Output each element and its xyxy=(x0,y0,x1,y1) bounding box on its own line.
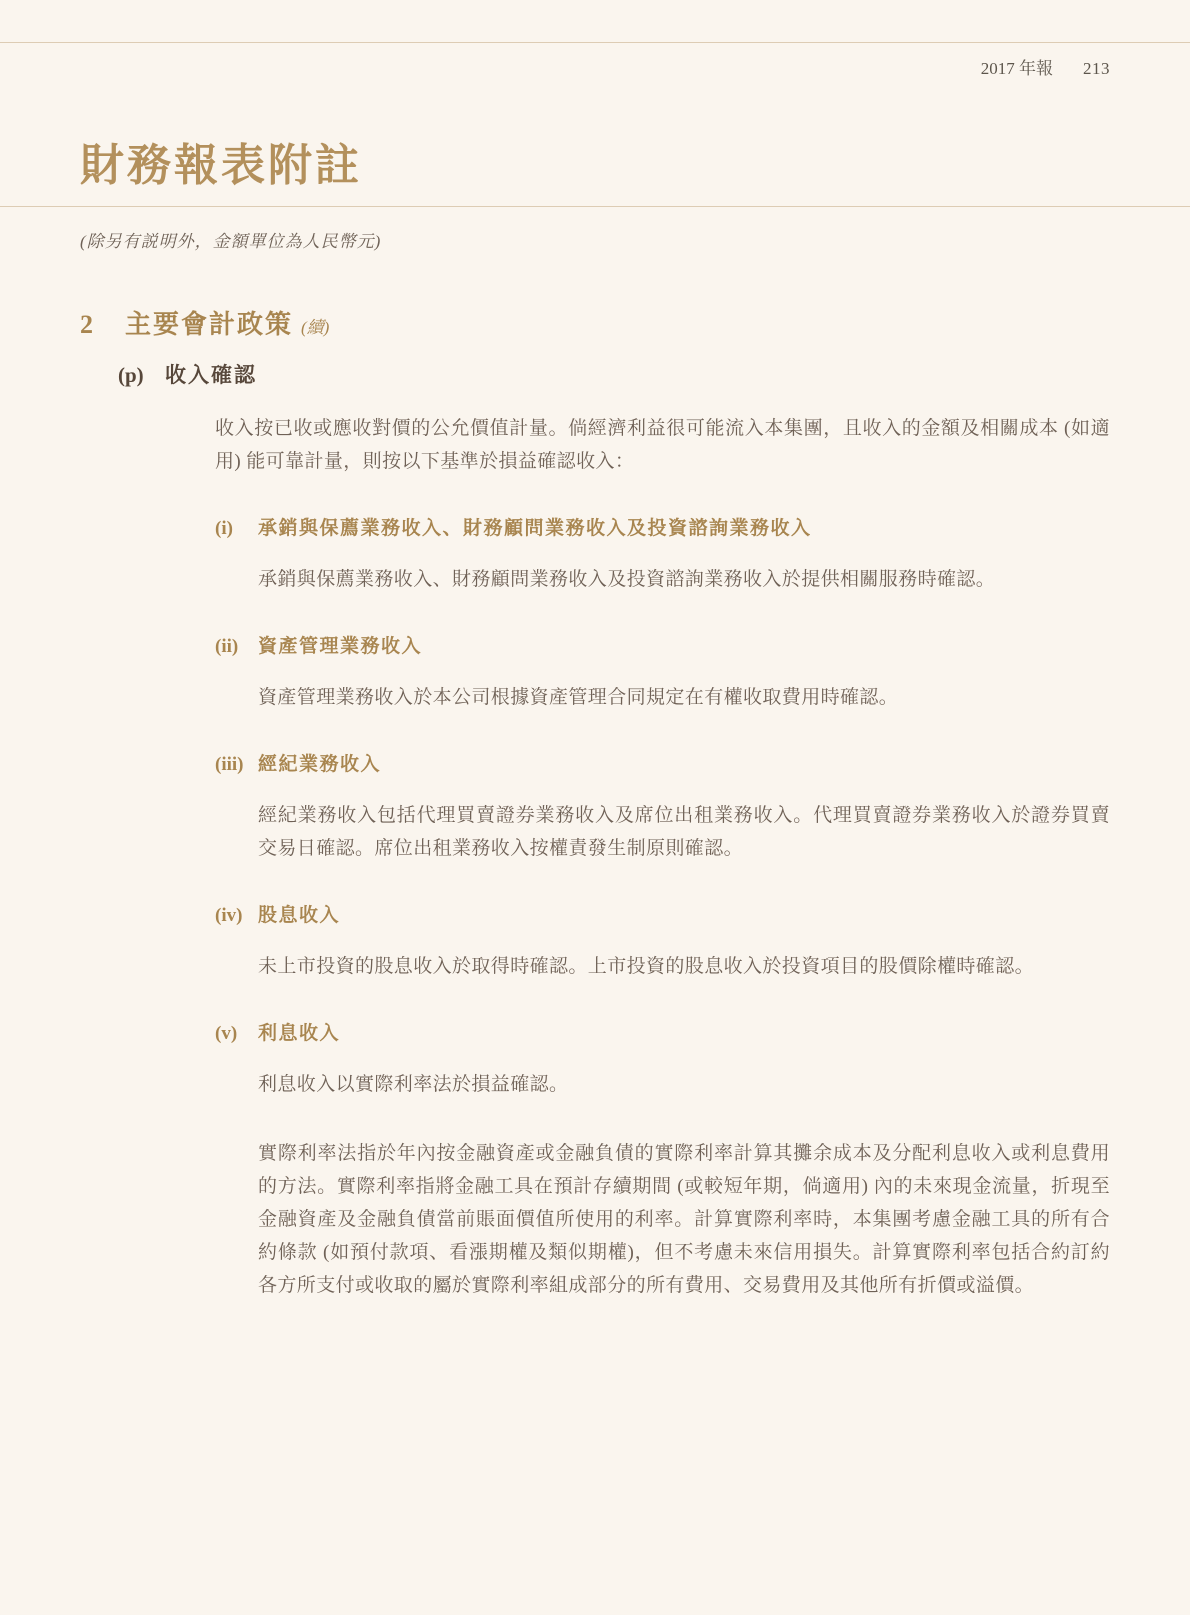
subsection-title: 收入確認 xyxy=(165,359,257,389)
subsection-heading-row: (p) 收入確認 xyxy=(118,359,1110,389)
section-continued-label: (續) xyxy=(301,313,329,338)
document-subtitle: (除另有説明外，金額單位為人民幣元) xyxy=(0,207,1190,252)
item-heading-i: 承銷與保薦業務收入、財務顧問業務收入及投資諮詢業務收入 xyxy=(258,516,1110,542)
item-body-v: 利息收入以實際利率法於損益確認。 xyxy=(258,1068,1110,1101)
item-body-iv: 未上市投資的股息收入於取得時確認。上市投資的股息收入於投資項目的股價除權時確認。 xyxy=(258,950,1110,983)
item-body-i: 承銷與保薦業務收入、財務顧問業務收入及投資諮詢業務收入於提供相關服務時確認。 xyxy=(258,563,1110,596)
intro-paragraph: 收入按已收或應收對價的公允價值計量。倘經濟利益很可能流入本集團，且收入的金額及相… xyxy=(215,412,1110,478)
document-content: 2 主要會計政策 (續) (p) 收入確認 收入按已收或應收對價的公允價值計量。… xyxy=(0,304,1190,1302)
item-heading-ii: 資產管理業務收入 xyxy=(258,634,1110,660)
report-year-label: 2017 年報 xyxy=(981,59,1053,78)
item-heading-iv: 股息收入 xyxy=(258,903,1110,929)
item-body-ii: 資產管理業務收入於本公司根據資產管理合同規定在有權收取費用時確認。 xyxy=(258,681,1110,714)
section-title: 主要會計政策 xyxy=(125,304,293,341)
document-page: 2017 年報213 財務報表附註 (除另有説明外，金額單位為人民幣元) 2 主… xyxy=(0,0,1190,1615)
item-heading-iii: 經紀業務收入 xyxy=(258,752,1110,778)
item-content-v: 利息收入 利息收入以實際利率法於損益確認。 實際利率法指於年內按金融資產或金融負… xyxy=(258,1021,1110,1302)
list-item-i: (i) 承銷與保薦業務收入、財務顧問業務收入及投資諮詢業務收入 承銷與保薦業務收… xyxy=(215,516,1110,596)
section-number: 2 xyxy=(80,310,125,340)
item-content-iii: 經紀業務收入 經紀業務收入包括代理買賣證券業務收入及席位出租業務收入。代理買賣證… xyxy=(258,752,1110,865)
list-item-v: (v) 利息收入 利息收入以實際利率法於損益確認。 實際利率法指於年內按金融資產… xyxy=(215,1021,1110,1302)
page-number: 213 xyxy=(1083,59,1110,78)
item-marker-iii: (iii) xyxy=(215,752,258,865)
item-body-iii: 經紀業務收入包括代理買賣證券業務收入及席位出租業務收入。代理買賣證券業務收入於證… xyxy=(258,799,1110,865)
item-content-i: 承銷與保薦業務收入、財務顧問業務收入及投資諮詢業務收入 承銷與保薦業務收入、財務… xyxy=(258,516,1110,596)
item-content-ii: 資產管理業務收入 資產管理業務收入於本公司根據資產管理合同規定在有權收取費用時確… xyxy=(258,634,1110,714)
subsection-p: (p) 收入確認 收入按已收或應收對價的公允價值計量。倘經濟利益很可能流入本集團… xyxy=(118,359,1110,1302)
document-title: 財務報表附註 xyxy=(0,79,1190,192)
item-heading-v: 利息收入 xyxy=(258,1021,1110,1047)
list-item-iii: (iii) 經紀業務收入 經紀業務收入包括代理買賣證券業務收入及席位出租業務收入… xyxy=(215,752,1110,865)
list-item-ii: (ii) 資產管理業務收入 資產管理業務收入於本公司根據資產管理合同規定在有權收… xyxy=(215,634,1110,714)
list-item-iv: (iv) 股息收入 未上市投資的股息收入於取得時確認。上市投資的股息收入於投資項… xyxy=(215,903,1110,983)
item-marker-ii: (ii) xyxy=(215,634,258,714)
subsection-body: 收入按已收或應收對價的公允價值計量。倘經濟利益很可能流入本集團，且收入的金額及相… xyxy=(215,412,1110,1302)
section-heading-row: 2 主要會計政策 (續) xyxy=(80,304,1110,341)
page-header: 2017 年報213 xyxy=(0,43,1190,79)
subsection-label: (p) xyxy=(118,363,165,388)
item-content-iv: 股息收入 未上市投資的股息收入於取得時確認。上市投資的股息收入於投資項目的股價除… xyxy=(258,903,1110,983)
item-marker-v: (v) xyxy=(215,1021,258,1302)
item-body-v-effective-rate: 實際利率法指於年內按金融資產或金融負債的實際利率計算其攤余成本及分配利息收入或利… xyxy=(258,1137,1110,1302)
item-marker-i: (i) xyxy=(215,516,258,596)
item-marker-iv: (iv) xyxy=(215,903,258,983)
